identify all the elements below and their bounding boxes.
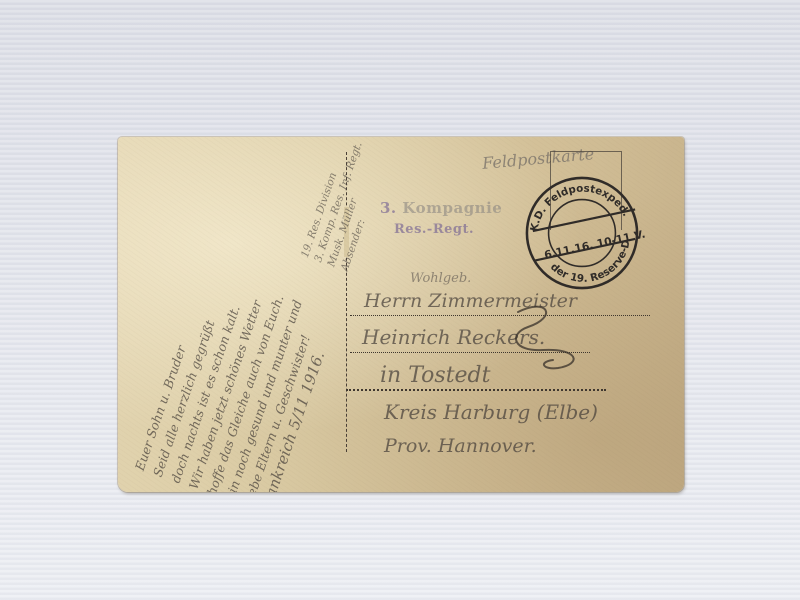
- sender-block: 19. Res. Division 3. Komp. Res. Inf. Reg…: [298, 137, 392, 273]
- unit-stamp-regiment: Res.-Regt.: [394, 223, 502, 237]
- postmark: K.D. Feldpostexped. der 19. Reserve-Div.…: [523, 174, 641, 292]
- address-prefix: Wohlgeb.: [410, 271, 471, 286]
- handwritten-message: Euer Sohn u. Bruder Seid alle herzlich g…: [130, 266, 343, 492]
- address-line-4: Kreis Harburg (Elbe): [384, 400, 598, 424]
- unit-stamp-company: Kompagnie: [402, 199, 502, 217]
- unit-stamp-number: 3.: [380, 199, 397, 217]
- address-rule: [346, 389, 606, 391]
- ink-scribble-icon: [498, 302, 588, 372]
- postcard: Euer Sohn u. Bruder Seid alle herzlich g…: [118, 137, 684, 492]
- unit-stamp: 3. Kompagnie Res.-Regt.: [380, 201, 502, 236]
- photo-scene: Euer Sohn u. Bruder Seid alle herzlich g…: [0, 0, 800, 600]
- address-line-3: in Tostedt: [380, 363, 490, 388]
- postmark-circle-icon: K.D. Feldpostexped. der 19. Reserve-Div.…: [523, 174, 641, 292]
- address-line-5: Prov. Hannover.: [384, 435, 537, 457]
